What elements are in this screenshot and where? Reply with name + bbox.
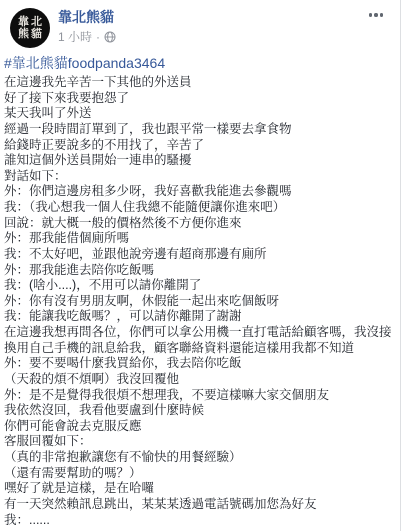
post-text-line: （還有需要幫助的嗎？） bbox=[4, 466, 400, 482]
globe-privacy-icon bbox=[104, 31, 116, 43]
hashtag-link[interactable]: #靠北熊貓foodpanda3464 bbox=[0, 48, 400, 71]
meta-separator: · bbox=[96, 30, 100, 44]
post-text-line: 誰知這個外送員開始一連串的騷擾 bbox=[4, 153, 400, 169]
avatar[interactable]: 靠北 熊貓 bbox=[10, 8, 50, 48]
post-text-line: 在這邊我先辛苦一下其他的外送員 bbox=[4, 75, 400, 91]
post-text-line: 我：能讓我吃飯嗎？，可以請你離開了謝謝 bbox=[4, 309, 400, 325]
post-text-line: 某天我叫了外送 bbox=[4, 106, 400, 122]
post-text-line: 回說：就大概一般的價格然後不方便你進來 bbox=[4, 216, 400, 232]
ellipsis-icon bbox=[369, 13, 373, 17]
post-menu-button[interactable] bbox=[366, 10, 387, 20]
post-text-line: 外：那我能進去陪你吃飯嗎 bbox=[4, 263, 400, 279]
post-text-line: 外：是不是覺得我很煩不想理我，不要這樣嘛大家交個朋友 bbox=[4, 388, 400, 404]
facebook-post-card: 靠北 熊貓 靠北熊貓 1 小時 · #靠北熊貓foodpanda3464 bbox=[0, 0, 401, 531]
post-header: 靠北 熊貓 靠北熊貓 1 小時 · bbox=[0, 0, 400, 48]
post-text-line: 我：不太好吧，並跟他說旁邊有超商那邊有廁所 bbox=[4, 247, 400, 263]
post-text-line: 經過一段時間訂單到了，我也跟平常一樣要去拿食物 bbox=[4, 122, 400, 138]
post-text-line: 在這邊我想再問各位，你們可以拿公用機一直打電話給顧客嗎，我沒接 bbox=[4, 325, 400, 341]
post-timestamp[interactable]: 1 小時 bbox=[58, 30, 92, 44]
post-text-line: 換用自己手機的訊息給我，顧客聯絡資料還能這樣用我都不知道 bbox=[4, 341, 400, 357]
post-text: 在這邊我先辛苦一下其他的外送員 好了接下來我要抱怨了 某天我叫了外送 經過一段時… bbox=[0, 71, 400, 528]
post-text-line: 我：（我心想我一個人住我總不能隨便讓你進來吧） bbox=[4, 200, 400, 216]
post-text-line: 客服回覆如下： bbox=[4, 434, 400, 450]
post-meta: 1 小時 · bbox=[58, 30, 116, 44]
post-text-line: 外：你們這邊房租多少呀，我好喜歡我能進去參觀嗎 bbox=[4, 184, 400, 200]
post-text-line: 嘿好了就是這樣，是在哈囉 bbox=[4, 481, 400, 497]
post-text-line: 我：...... bbox=[4, 513, 400, 529]
post-text-line: 我依然沒回，我看他要盧到什麼時候 bbox=[4, 403, 400, 419]
avatar-text-top: 靠北 bbox=[16, 16, 44, 28]
ellipsis-icon bbox=[374, 13, 378, 17]
page-name-link[interactable]: 靠北熊貓 bbox=[58, 9, 116, 26]
post-text-line: 外：要不要喝什麼我買給你，我去陪你吃飯 bbox=[4, 356, 400, 372]
avatar-text-bottom: 熊貓 bbox=[16, 28, 44, 40]
post-text-line: 你們可能會說去克服反應 bbox=[4, 419, 400, 435]
post-text-line: 好了接下來我要抱怨了 bbox=[4, 91, 400, 107]
post-text-line: 給錢時正要說多的不用找了，辛苦了 bbox=[4, 138, 400, 154]
post-text-line: （天殺的煩不煩啊）我沒回覆他 bbox=[4, 372, 400, 388]
post-text-line: 我：(啥小....)，不用可以請你離開了 bbox=[4, 278, 400, 294]
post-text-line: 有一天突然賴訊息跳出，某某某透過電話號碼加您為好友 bbox=[4, 497, 400, 513]
post-text-line: 外：你有沒有男朋友啊，休假能一起出來吃個飯呀 bbox=[4, 294, 400, 310]
header-info: 靠北熊貓 1 小時 · bbox=[58, 8, 116, 44]
post-text-line: （真的非常抱歉讓您有不愉快的用餐經驗） bbox=[4, 450, 400, 466]
ellipsis-icon bbox=[380, 13, 384, 17]
post-text-line: 對話如下： bbox=[4, 169, 400, 185]
post-text-line: 外：那我能借個廁所嗎 bbox=[4, 231, 400, 247]
